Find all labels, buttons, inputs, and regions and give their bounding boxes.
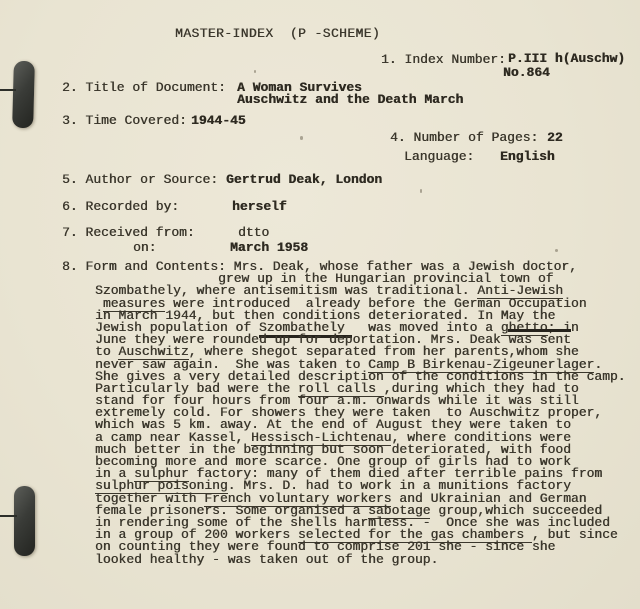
- fastener-wire-top: [0, 89, 16, 91]
- document-page: MASTER-INDEX (P -SCHEME) 1. Index Number…: [0, 0, 640, 609]
- paper-speck: [254, 70, 256, 73]
- number-of-pages-value: 22: [547, 131, 563, 144]
- index-number-value: P.III h(Auschw): [508, 52, 625, 65]
- received-on-label: on:: [133, 241, 156, 254]
- index-number-label: 1. Index Number:: [381, 53, 506, 66]
- author-or-source-value: Gertrud Deak, London: [226, 173, 382, 186]
- fastener-wire-bottom: [0, 515, 17, 517]
- title-of-document-label: 2. Title of Document:: [62, 81, 226, 94]
- fastener-bottom: [14, 486, 35, 556]
- paper-speck: [420, 189, 422, 193]
- received-on-value: March 1958: [230, 241, 308, 254]
- language-value: English: [500, 150, 555, 163]
- index-number-no: No.864: [503, 66, 550, 79]
- author-or-source-label: 5. Author or Source:: [62, 173, 218, 186]
- doc-title: MASTER-INDEX (P -SCHEME): [175, 27, 380, 40]
- number-of-pages-label: 4. Number of Pages:: [390, 131, 538, 144]
- received-from-value: dtto: [238, 226, 269, 239]
- paper-speck: [300, 136, 303, 140]
- recorded-by-value: herself: [232, 200, 287, 213]
- text-segment: looked healthy - was taken out of the gr…: [95, 552, 438, 567]
- recorded-by-label: 6. Recorded by:: [62, 200, 179, 213]
- time-covered-value: 1944-45: [191, 114, 246, 127]
- language-label: Language:: [404, 150, 474, 163]
- title-of-document-line2: Auschwitz and the Death March: [237, 93, 463, 106]
- text-segment: 8. Form and Contents:: [62, 259, 234, 274]
- received-from-label: 7. Received from:: [62, 226, 195, 239]
- paper-speck: [555, 249, 558, 252]
- form-contents-block: 8. Form and Contents: Mrs. Deak, whose f…: [62, 261, 640, 566]
- document-line: looked healthy - was taken out of the gr…: [62, 554, 640, 566]
- fastener-top: [12, 61, 35, 129]
- time-covered-label: 3. Time Covered:: [62, 114, 187, 127]
